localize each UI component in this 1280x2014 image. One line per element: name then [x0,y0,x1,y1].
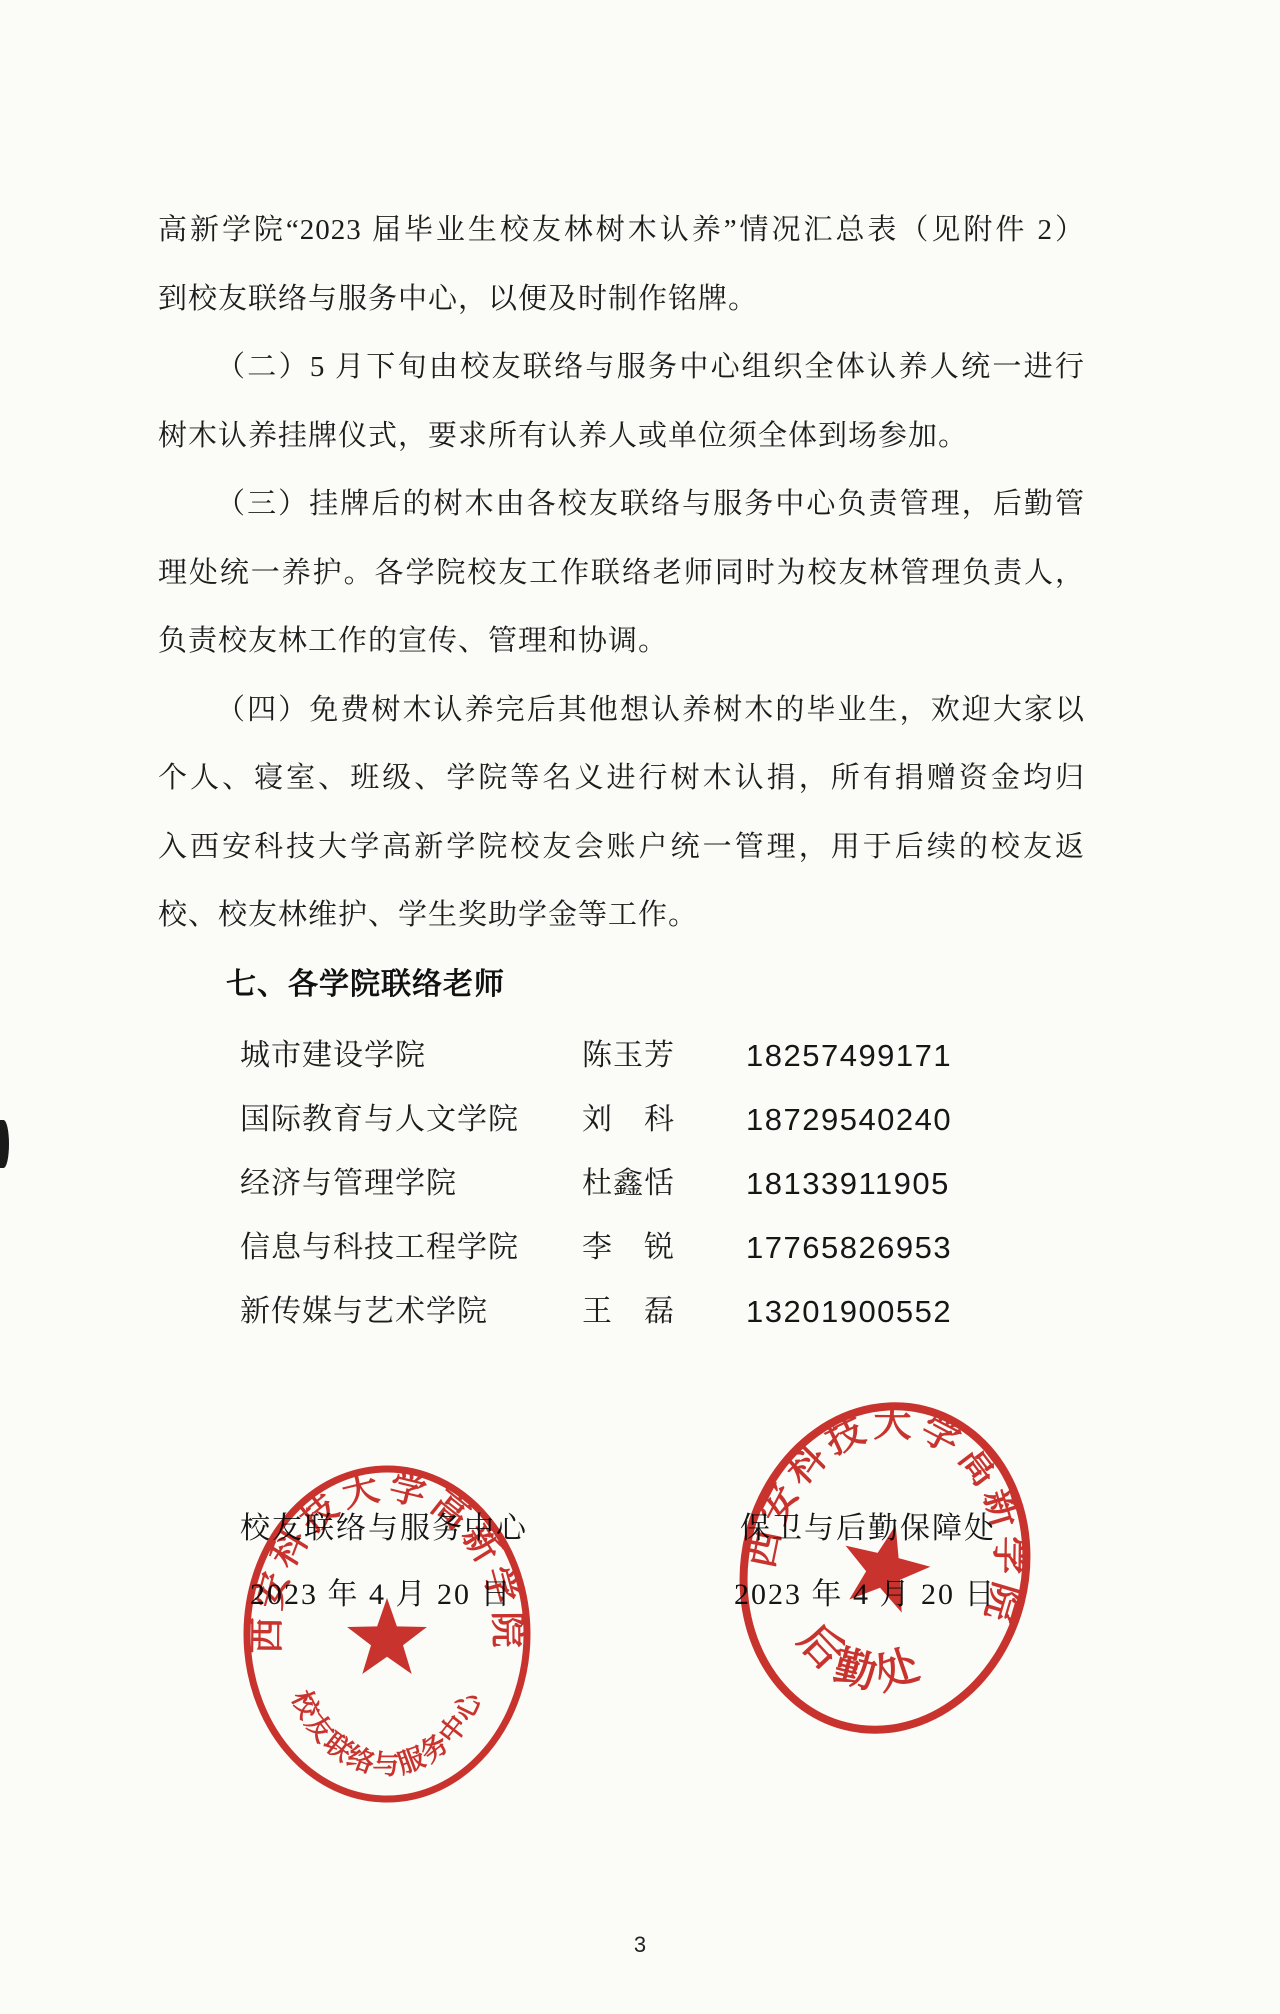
star-icon [347,1598,427,1674]
college-name: 新传媒与艺术学院 [240,1280,488,1344]
seal-bottom-textpath: 校友联络与服务中心 [286,1686,488,1780]
phone-number: 18257499171 [746,1024,952,1088]
teacher-name: 王 磊 [582,1280,675,1344]
body-line: 个人、寝室、班级、学院等名义进行树木认捐，所有捐赠资金均归 [158,744,1085,813]
body-line: 理处统一养护。各学院校友工作联络老师同时为校友林管理负责人， [158,539,1085,608]
section-heading: 七、各学院联络老师 [158,950,1085,1020]
phone-number: 18729540240 [746,1088,952,1152]
seal-bottom-text: 后勤处 [782,1609,942,1712]
college-name: 国际教育与人文学院 [240,1088,519,1152]
page-number: 3 [0,1932,1280,1958]
body-line: 到校友联络与服务中心，以便及时制作铭牌。 [158,265,1085,334]
body-line: 校、校友林维护、学生奖助学金等工作。 [158,881,1085,950]
teacher-name: 李 锐 [582,1216,675,1280]
body-line: 树木认养挂牌仪式，要求所有认养人或单位须全体到场参加。 [158,402,1085,471]
contact-row: 新传媒与艺术学院 王 磊 13201900552 [158,1280,1085,1344]
college-name: 信息与科技工程学院 [240,1216,519,1280]
seal-bottom-textpath: 后勤处 [782,1609,942,1712]
official-seal-alumni-center: 西安科技大学高新学院 校友联络与服务中心 [237,1462,537,1807]
contact-row: 国际教育与人文学院 刘 科 18729540240 [158,1088,1085,1152]
teacher-name: 杜鑫恬 [582,1152,675,1216]
document-text: 高新学院“2023 届毕业生校友林树木认养”情况汇总表（见附件 2） 到校友联络… [158,196,1085,1344]
phone-number: 18133911905 [746,1152,950,1216]
college-name: 城市建设学院 [240,1024,426,1088]
body-line: （二）5 月下旬由校友联络与服务中心组织全体认养人统一进行 [158,333,1085,402]
phone-number: 13201900552 [746,1280,952,1344]
body-line: （四）免费树木认养完后其他想认养树木的毕业生，欢迎大家以 [158,676,1085,745]
teacher-name: 刘 科 [582,1088,675,1152]
body-line: 高新学院“2023 届毕业生校友林树木认养”情况汇总表（见附件 2） [158,196,1085,265]
seal-ring-textpath: 西安科技大学高新学院 [738,1371,1065,1633]
star-icon [833,1515,938,1617]
college-name: 经济与管理学院 [240,1152,457,1216]
seal-ring-text: 西安科技大学高新学院 [738,1371,1065,1633]
official-seal-logistics: 西安科技大学高新学院 后勤处 [698,1367,1071,1769]
teacher-name: 陈玉芳 [582,1024,675,1088]
phone-number: 17765826953 [746,1216,952,1280]
document-page: { "body": { "lines": [ "高新学院“2023 届毕业生校友… [0,0,1280,2014]
contact-row: 经济与管理学院 杜鑫恬 18133911905 [158,1152,1085,1216]
seal-bottom-text: 校友联络与服务中心 [286,1686,488,1780]
contacts-table: 城市建设学院 陈玉芳 18257499171 国际教育与人文学院 刘 科 187… [158,1024,1085,1344]
scan-artifact [0,1120,9,1168]
contact-row: 信息与科技工程学院 李 锐 17765826953 [158,1216,1085,1280]
body-line: 负责校友林工作的宣传、管理和协调。 [158,607,1085,676]
body-line: 入西安科技大学高新学院校友会账户统一管理，用于后续的校友返 [158,813,1085,882]
contact-row: 城市建设学院 陈玉芳 18257499171 [158,1024,1085,1088]
body-line: （三）挂牌后的树木由各校友联络与服务中心负责管理，后勤管 [158,470,1085,539]
